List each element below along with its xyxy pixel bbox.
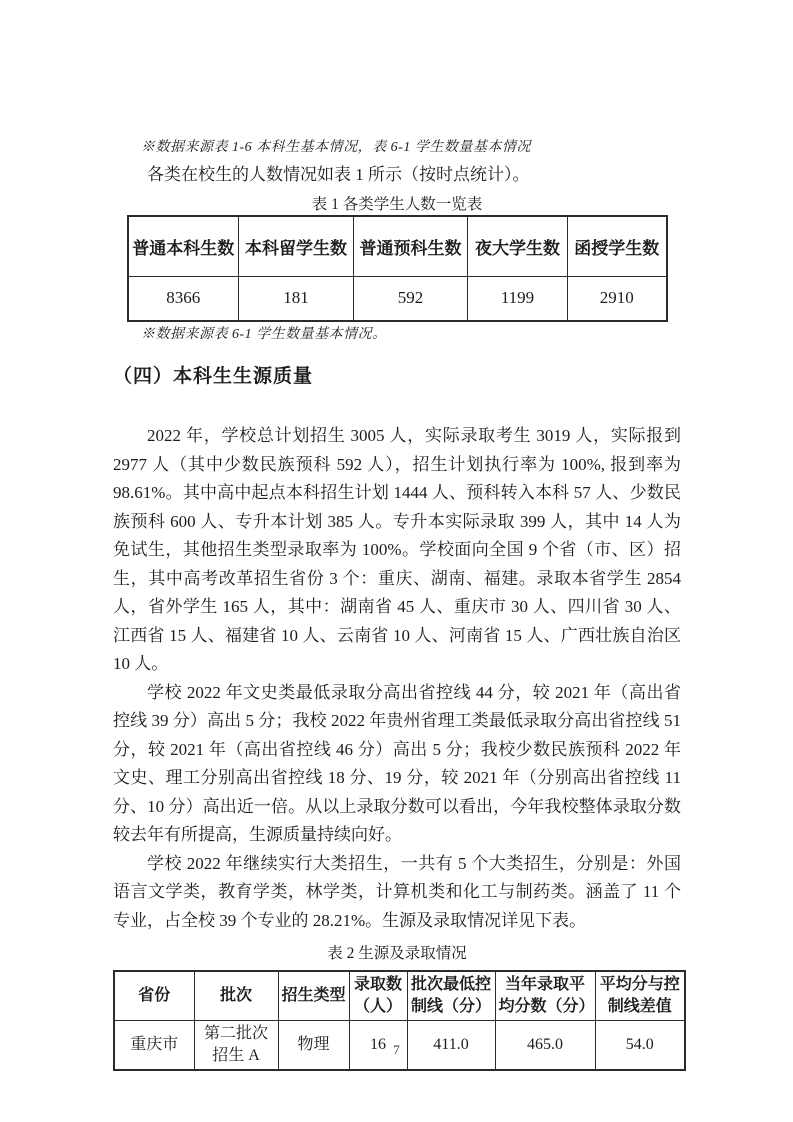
intro-sentence: 各类在校生的人数情况如表 1 所示（按时点统计）。: [113, 163, 681, 187]
body-paragraph: 学校 2022 年文史类最低录取分高出省控线 44 分，较 2021 年（高出省…: [113, 679, 681, 850]
table2-title: 表 2 生源及录取情况: [113, 944, 681, 964]
table2-header-cell: 省份: [114, 971, 194, 1021]
table2-header-cell: 录取数（人）: [349, 971, 407, 1021]
section-heading: （四）本科生生源质量: [113, 365, 681, 389]
data-source-note-table1: ※数据来源表 6-1 学生数量基本情况。: [141, 326, 681, 343]
table1-value-cell: 8366: [128, 276, 239, 321]
table1-student-counts: 普通本科生数 本科留学生数 普通预科生数 夜大学生数 函授学生数 8366 18…: [127, 215, 668, 322]
table1-value-cell: 1199: [468, 276, 568, 321]
table2-header-cell: 批次最低控制线（分）: [407, 971, 495, 1021]
table1-value-cell: 2910: [568, 276, 667, 321]
table1-header-cell: 夜大学生数: [468, 216, 568, 276]
page-number: 7: [0, 1042, 793, 1058]
table1-header-cell: 函授学生数: [568, 216, 667, 276]
document-content: ※数据来源表 1-6 本科生基本情况，表 6-1 学生数量基本情况 各类在校生的…: [113, 0, 681, 1071]
table1-title: 表 1 各类学生人数一览表: [113, 195, 681, 215]
table2-header-cell: 平均分与控制线差值: [595, 971, 685, 1021]
table1-header-cell: 普通本科生数: [128, 216, 239, 276]
body-paragraph: 2022 年，学校总计划招生 3005 人，实际录取考生 3019 人，实际报到…: [113, 422, 681, 679]
data-source-note-top: ※数据来源表 1-6 本科生基本情况，表 6-1 学生数量基本情况: [141, 139, 681, 156]
table2-header-cell: 招生类型: [278, 971, 349, 1021]
table2-header-cell: 当年录取平均分数（分）: [495, 971, 595, 1021]
table1-header-cell: 普通预科生数: [354, 216, 468, 276]
table1-header-row: 普通本科生数 本科留学生数 普通预科生数 夜大学生数 函授学生数: [128, 216, 667, 276]
table1-value-cell: 181: [239, 276, 354, 321]
body-paragraph: 学校 2022 年继续实行大类招生，一共有 5 个大类招生，分别是：外国语言文学…: [113, 850, 681, 936]
table1-data-row: 8366 181 592 1199 2910: [128, 276, 667, 321]
table2-header-row: 省份 批次 招生类型 录取数（人） 批次最低控制线（分） 当年录取平均分数（分）…: [114, 971, 685, 1021]
document-page: ※数据来源表 1-6 本科生基本情况，表 6-1 学生数量基本情况 各类在校生的…: [0, 0, 793, 1122]
table1-value-cell: 592: [354, 276, 468, 321]
table1-header-cell: 本科留学生数: [239, 216, 354, 276]
table2-header-cell: 批次: [194, 971, 278, 1021]
